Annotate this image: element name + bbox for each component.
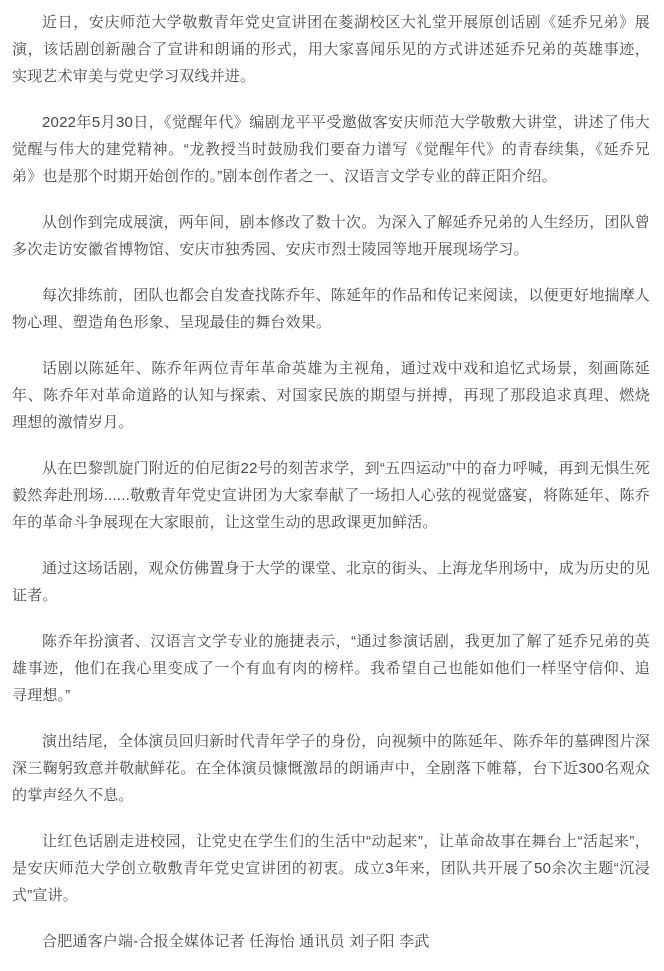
byline: 合肥通客户端-合报全媒体记者 任海怡 通讯员 刘子阳 李武 <box>12 928 650 955</box>
article-paragraph: 近日，安庆师范大学敬敷青年党史宣讲团在菱湖校区大礼堂开展原创话剧《延乔兄弟》展演… <box>12 9 650 90</box>
article-paragraph: 让红色话剧走进校园，让党史在学生们的生活中“动起来”，让革命故事在舞台上“活起来… <box>12 828 650 909</box>
article-paragraph: 从在巴黎凯旋门附近的伯尼街22号的刻苦求学，到“五四运动”中的奋力呼喊，再到无惧… <box>12 455 650 536</box>
article-paragraphs: 近日，安庆师范大学敬敷青年党史宣讲团在菱湖校区大礼堂开展原创话剧《延乔兄弟》展演… <box>12 9 650 909</box>
article-paragraph: 话剧以陈延年、陈乔年两位青年革命英雄为主视角，通过戏中戏和追忆式场景，刻画陈延年… <box>12 355 650 436</box>
article-paragraph: 每次排练前，团队也都会自发查找陈乔年、陈延年的作品和传记来阅读，以便更好地揣摩人… <box>12 282 650 336</box>
article-paragraph: 从创作到完成展演，两年间，剧本修改了数十次。为深入了解延乔兄弟的人生经历，团队曾… <box>12 209 650 263</box>
article-paragraph: 演出结尾，全体演员回归新时代青年学子的身份，向视频中的陈延年、陈乔年的墓碑图片深… <box>12 728 650 809</box>
article-paragraph: 通过这场话剧，观众仿佛置身于大学的课堂、北京的街头、上海龙华刑场中，成为历史的见… <box>12 555 650 609</box>
article-content: 近日，安庆师范大学敬敷青年党史宣讲团在菱湖校区大礼堂开展原创话剧《延乔兄弟》展演… <box>0 0 664 971</box>
article-paragraph: 陈乔年扮演者、汉语言文学专业的施捷表示，“通过参演话剧，我更加了解了延乔兄弟的英… <box>12 628 650 709</box>
article-paragraph: 2022年5月30日，《觉醒年代》编剧龙平平受邀做客安庆师范大学敬敷大讲堂，讲述… <box>12 109 650 190</box>
